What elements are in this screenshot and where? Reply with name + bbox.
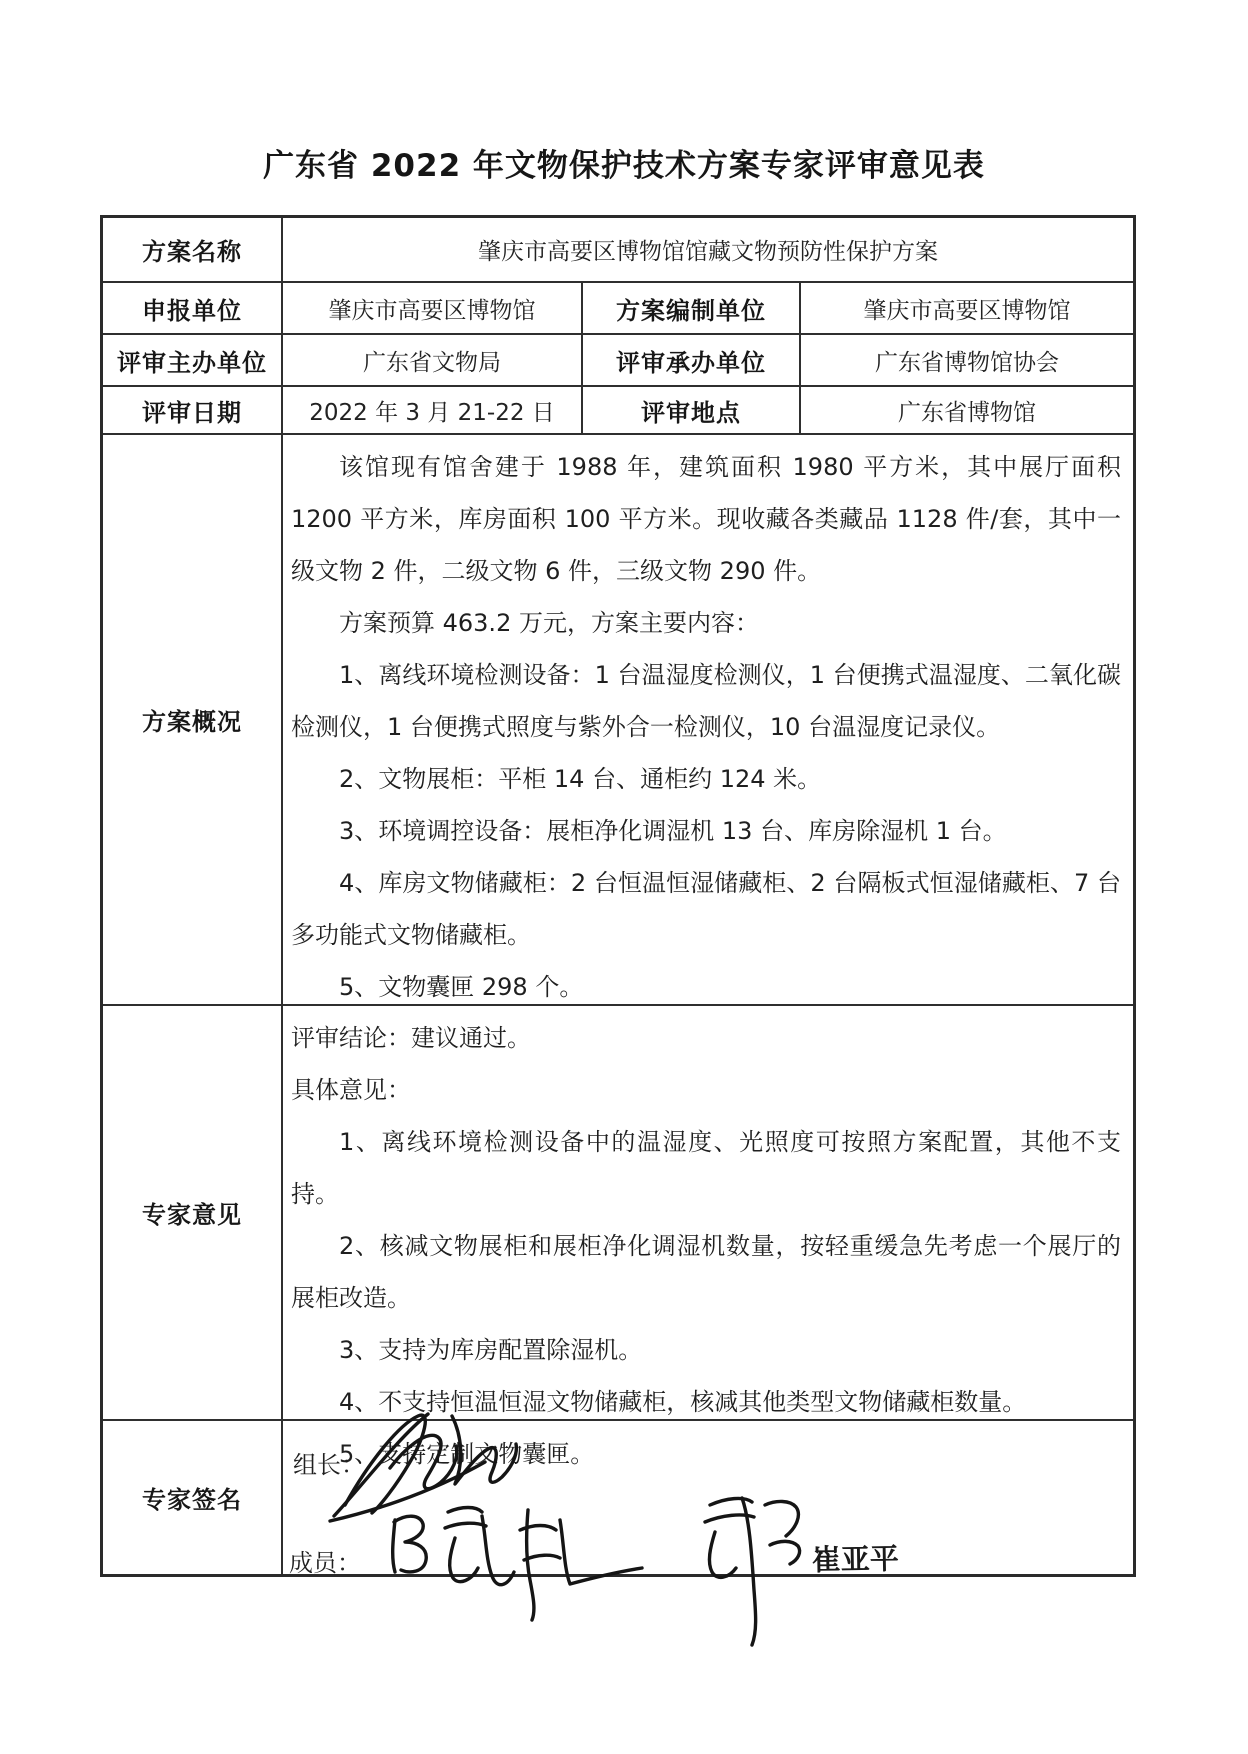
review-location-value: 广东省博物馆: [801, 387, 1133, 433]
plan-author-unit-label: 方案编制单位: [583, 283, 801, 333]
table-row: 申报单位 肇庆市高要区博物馆 方案编制单位 肇庆市高要区博物馆: [103, 283, 1133, 335]
review-form-table: 方案名称 肇庆市高要区博物馆馆藏文物预防性保护方案 申报单位 肇庆市高要区博物馆…: [100, 215, 1136, 1577]
expert-signature-label: 专家签名: [103, 1421, 283, 1574]
paragraph-line: 4、库房文物储藏柜：2 台恒温恒湿储藏柜、2 台隔板式恒湿储藏柜、7 台多功能式…: [291, 857, 1121, 961]
paragraph-line: 2、文物展柜：平柜 14 台、通柜约 124 米。: [291, 753, 1121, 805]
review-organizer-unit-value: 广东省博物馆协会: [801, 335, 1133, 385]
paragraph-line: 评审结论：建议通过。: [291, 1012, 1121, 1064]
table-row: 评审日期 2022 年 3 月 21-22 日 评审地点 广东省博物馆: [103, 387, 1133, 435]
plan-name-label: 方案名称: [103, 218, 283, 281]
paragraph-line: 3、环境调控设备：展柜净化调湿机 13 台、库房除湿机 1 台。: [291, 805, 1121, 857]
review-host-unit-label: 评审主办单位: [103, 335, 283, 385]
paragraph-line: 1、离线环境检测设备：1 台温湿度检测仪，1 台便携式温湿度、二氧化碳检测仪，1…: [291, 649, 1121, 753]
expert-opinion-content: 评审结论：建议通过。具体意见：1、离线环境检测设备中的温湿度、光照度可按照方案配…: [283, 1006, 1133, 1419]
table-row: 评审主办单位 广东省文物局 评审承办单位 广东省博物馆协会: [103, 335, 1133, 387]
paragraph-line: 该馆现有馆舍建于 1988 年，建筑面积 1980 平方米，其中展厅面积 120…: [291, 441, 1121, 597]
review-date-label: 评审日期: [103, 387, 283, 433]
table-row: 专家签名 组长： 成员：: [103, 1421, 1133, 1574]
plan-author-unit-value: 肇庆市高要区博物馆: [801, 283, 1133, 333]
plan-name-value: 肇庆市高要区博物馆馆藏文物预防性保护方案: [283, 218, 1133, 281]
members-label: 成员：: [289, 1543, 361, 1578]
review-location-label: 评审地点: [583, 387, 801, 433]
table-row: 专家意见 评审结论：建议通过。具体意见：1、离线环境检测设备中的温湿度、光照度可…: [103, 1006, 1133, 1421]
applicant-unit-value: 肇庆市高要区博物馆: [283, 283, 583, 333]
paragraph-line: 1、离线环境检测设备中的温湿度、光照度可按照方案配置，其他不支持。: [291, 1116, 1121, 1220]
paragraph-line: 2、核减文物展柜和展柜净化调湿机数量，按轻重缓急先考虑一个展厅的展柜改造。: [291, 1220, 1121, 1324]
expert-signature-area: 组长： 成员：: [283, 1421, 1133, 1574]
table-row: 方案概况 该馆现有馆舍建于 1988 年，建筑面积 1980 平方米，其中展厅面…: [103, 435, 1133, 1006]
plan-overview-content: 该馆现有馆舍建于 1988 年，建筑面积 1980 平方米，其中展厅面积 120…: [283, 435, 1133, 1004]
review-date-value: 2022 年 3 月 21-22 日: [283, 387, 583, 433]
plan-overview-label: 方案概况: [103, 435, 283, 1004]
group-leader-label: 组长：: [293, 1445, 365, 1480]
scanned-review-form-page: 广东省 2022 年文物保护技术方案专家评审意见表 方案名称 肇庆市高要区博物馆…: [0, 0, 1248, 1754]
paragraph-line: 具体意见：: [291, 1064, 1121, 1116]
review-host-unit-value: 广东省文物局: [283, 335, 583, 385]
paragraph-line: 方案预算 463.2 万元，方案主要内容：: [291, 597, 1121, 649]
expert-opinion-label: 专家意见: [103, 1006, 283, 1419]
review-organizer-unit-label: 评审承办单位: [583, 335, 801, 385]
document-title: 广东省 2022 年文物保护技术方案专家评审意见表: [0, 140, 1248, 185]
table-row: 方案名称 肇庆市高要区博物馆馆藏文物预防性保护方案: [103, 218, 1133, 283]
paragraph-line: 3、支持为库房配置除湿机。: [291, 1324, 1121, 1376]
applicant-unit-label: 申报单位: [103, 283, 283, 333]
